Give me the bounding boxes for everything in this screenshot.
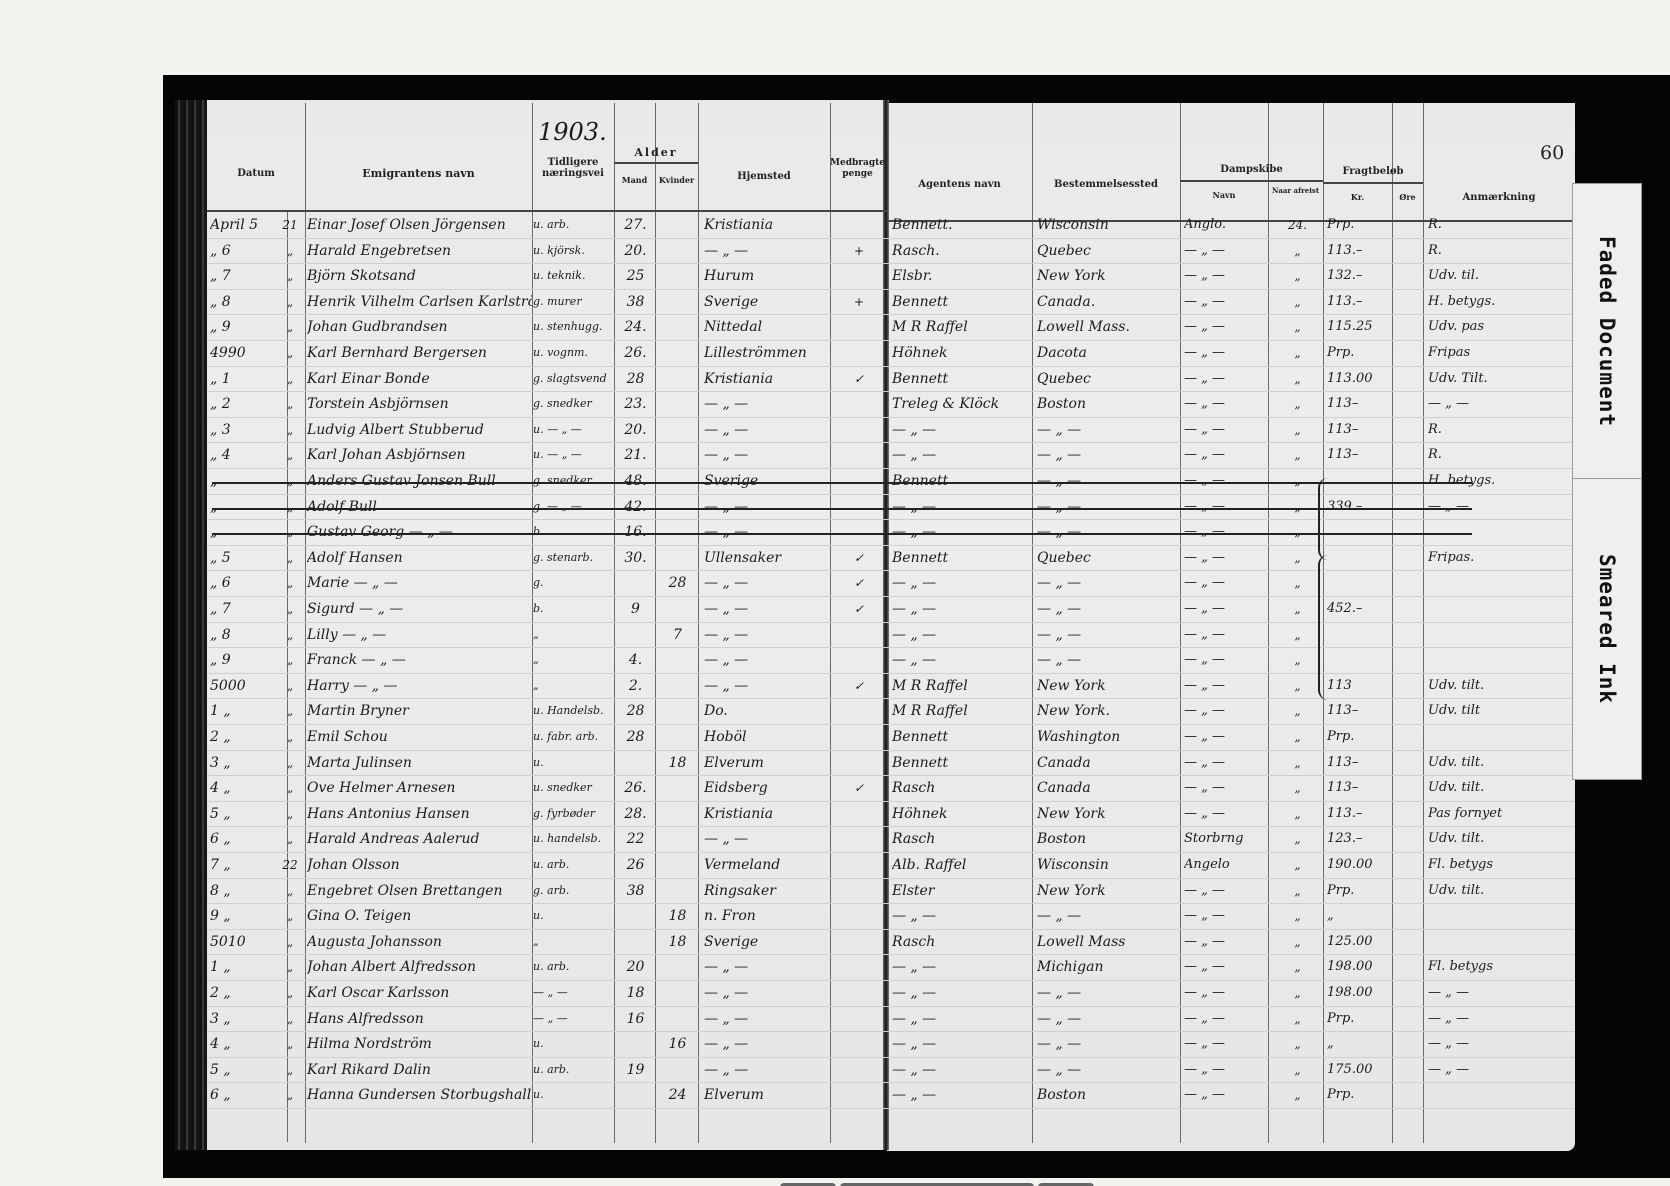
cell-dep: „ [1272, 904, 1323, 929]
cell-home: Hoböl [704, 725, 830, 750]
cell-name: Johan Albert Alfredsson [307, 955, 532, 980]
cell-name: Harry — „ — [307, 674, 532, 699]
book-edge [175, 100, 209, 1150]
cell-kr: 113.00 [1327, 367, 1392, 392]
cell-kr: 113 [1327, 674, 1392, 699]
cell-occ: — „ — [533, 1007, 614, 1032]
column-rule [1180, 103, 1181, 1143]
cell-rem [1428, 571, 1573, 596]
cell-ore [1395, 879, 1423, 904]
cell-m: 28. [616, 802, 655, 827]
cell-occ: u. stenhugg. [533, 315, 614, 340]
cell-f [657, 367, 698, 392]
cell-agent: Alb. Raffel [892, 853, 1032, 878]
cell-num: 6 „ [210, 827, 272, 852]
cell-ore [1395, 955, 1423, 980]
cell-num: „ 9 [210, 315, 272, 340]
cell-m: 24. [616, 315, 655, 340]
cell-m: 18 [616, 981, 655, 1006]
cell-name: Karl Oscar Karlsson [307, 981, 532, 1006]
cell-dep: „ [1272, 981, 1323, 1006]
cell-agent: Bennett [892, 290, 1032, 315]
cell-ore [1395, 1083, 1423, 1108]
cell-rem: Fl. betygs [1428, 853, 1573, 878]
cell-kr: 123.– [1327, 827, 1392, 852]
cell-dep: „ [1272, 571, 1323, 596]
cell-m: 22 [616, 827, 655, 852]
cell-name: Augusta Johansson [307, 930, 532, 955]
cell-home: — „ — [704, 827, 830, 852]
cell-agent: Bennett. [892, 213, 1032, 238]
cell-dep: „ [1272, 725, 1323, 750]
cell-f [657, 264, 698, 289]
cell-kr: 175.00 [1327, 1058, 1392, 1083]
cell-num: 6 „ [210, 1083, 272, 1108]
cell-ship: — „ — [1184, 955, 1268, 980]
cell-occ: b. [533, 597, 614, 622]
cell-ore [1395, 315, 1423, 340]
cell-day: „ [275, 290, 305, 315]
subheader-rule [1323, 182, 1423, 184]
cell-ore [1395, 776, 1423, 801]
cell-dep: „ [1272, 418, 1323, 443]
cell-f [657, 1007, 698, 1032]
cell-rem: R. [1428, 418, 1573, 443]
subheader-rule [614, 162, 698, 164]
cell-occ: u. Handelsb. [533, 699, 614, 724]
cell-num: 1 „ [210, 699, 272, 724]
cell-name: Henrik Vilhelm Carlsen Karlström [307, 290, 532, 315]
cell-f [657, 955, 698, 980]
header-destination: Bestemmelsessted [1032, 179, 1180, 190]
cell-agent: Bennett [892, 751, 1032, 776]
header-kr: Kr. [1323, 192, 1392, 203]
cell-rem: — „ — [1428, 1058, 1573, 1083]
cell-dep: „ [1272, 1083, 1323, 1108]
tag-faded-document[interactable]: Faded Document [1572, 183, 1642, 480]
cell-name: Björn Skotsand [307, 264, 532, 289]
cell-m: 26 [616, 853, 655, 878]
cell-dep: „ [1272, 341, 1323, 366]
cell-f [657, 776, 698, 801]
cell-occ: u. teknik. [533, 264, 614, 289]
cell-occ: u. handelsb. [533, 827, 614, 852]
cell-m: 27. [616, 213, 655, 238]
cell-home: — „ — [704, 1032, 830, 1057]
cell-kr: 113– [1327, 751, 1392, 776]
cell-agent: Elster [892, 879, 1032, 904]
cell-ore [1395, 597, 1423, 622]
cell-m: 4. [616, 648, 655, 673]
cell-ship: — „ — [1184, 367, 1268, 392]
cell-num: „ 3 [210, 418, 272, 443]
cell-day: „ [275, 367, 305, 392]
cell-money: ✓ [834, 674, 884, 699]
cell-agent: — „ — [892, 1032, 1032, 1057]
cell-ore [1395, 751, 1423, 776]
cell-name: Gina O. Teigen [307, 904, 532, 929]
cell-kr: Prp. [1327, 1083, 1392, 1108]
cell-agent: — „ — [892, 955, 1032, 980]
cell-dep: „ [1272, 597, 1323, 622]
cell-agent: M R Raffel [892, 674, 1032, 699]
cell-occ: g. fyrbøder [533, 802, 614, 827]
cell-day: „ [275, 623, 305, 648]
cell-agent: Rasch [892, 776, 1032, 801]
cell-occ: u. arb. [533, 853, 614, 878]
cell-ore [1395, 904, 1423, 929]
column-rule [614, 103, 615, 1143]
cell-name: Hans Alfredsson [307, 1007, 532, 1032]
cell-dep: „ [1272, 290, 1323, 315]
bracket-group-2 [1318, 555, 1328, 700]
cell-money: + [834, 290, 884, 315]
cell-home: — „ — [704, 571, 830, 596]
bracket-group-1 [1318, 478, 1328, 560]
cell-dep: „ [1272, 955, 1323, 980]
cell-home: n. Fron [704, 904, 830, 929]
cell-ship: — „ — [1184, 1083, 1268, 1108]
cell-num: „ 6 [210, 571, 272, 596]
cell-ship: — „ — [1184, 930, 1268, 955]
cell-dest: Dacota [1037, 341, 1180, 366]
cell-name: Franck — „ — [307, 648, 532, 673]
cell-occ: g. arb. [533, 879, 614, 904]
cell-money [834, 1032, 884, 1057]
cell-home: Lilleströmmen [704, 341, 830, 366]
cell-num: 3 „ [210, 751, 272, 776]
cell-day: „ [275, 648, 305, 673]
cell-money [834, 879, 884, 904]
cell-num: 4990 [210, 341, 272, 366]
cell-occ: u. arb. [533, 213, 614, 238]
cell-dep: „ [1272, 776, 1323, 801]
cell-dest: Washington [1037, 725, 1180, 750]
cell-kr: 113.– [1327, 239, 1392, 264]
cell-num: 4 „ [210, 776, 272, 801]
cell-dest: Canada [1037, 776, 1180, 801]
cell-name: Johan Gudbrandsen [307, 315, 532, 340]
cell-m: 20. [616, 418, 655, 443]
cell-dep: „ [1272, 315, 1323, 340]
cell-name: Hilma Nordström [307, 1032, 532, 1057]
cell-money [834, 1007, 884, 1032]
strikethrough-line [212, 508, 1472, 510]
header-ship-name: Navn [1180, 190, 1268, 201]
header-name: Emigrantens navn [305, 168, 532, 179]
cell-ship: — „ — [1184, 699, 1268, 724]
cell-occ: u. snedker [533, 776, 614, 801]
cell-dep: „ [1272, 264, 1323, 289]
cell-money [834, 802, 884, 827]
cell-name: Engebret Olsen Brettangen [307, 879, 532, 904]
cell-kr: 113– [1327, 418, 1392, 443]
cell-money [834, 443, 884, 468]
cell-occ: g. slagtsvend [533, 367, 614, 392]
cell-m: 9 [616, 597, 655, 622]
cell-ore [1395, 648, 1423, 673]
cell-name: Ove Helmer Arnesen [307, 776, 532, 801]
cell-agent: — „ — [892, 1058, 1032, 1083]
cell-occ: u. — „ — [533, 418, 614, 443]
cell-money [834, 853, 884, 878]
cell-m: 20. [616, 239, 655, 264]
cell-ore [1395, 623, 1423, 648]
cell-dest: — „ — [1037, 648, 1180, 673]
cell-rem: — „ — [1428, 981, 1573, 1006]
cell-dep: „ [1272, 546, 1323, 571]
cell-kr: 115.25 [1327, 315, 1392, 340]
cell-kr: Prp. [1327, 1007, 1392, 1032]
cell-ship: — „ — [1184, 392, 1268, 417]
cell-name: Einar Josef Olsen Jörgensen [307, 213, 532, 238]
cell-day: „ [275, 1083, 305, 1108]
cell-kr: Prp. [1327, 341, 1392, 366]
cell-day: „ [275, 802, 305, 827]
cell-agent: Elsbr. [892, 264, 1032, 289]
cell-num: 8 „ [210, 879, 272, 904]
cell-kr [1327, 623, 1392, 648]
cell-home: — „ — [704, 418, 830, 443]
cell-f [657, 418, 698, 443]
cell-rem: Udv. til. [1428, 264, 1573, 289]
cell-num: 3 „ [210, 1007, 272, 1032]
cell-num: „ 4 [210, 443, 272, 468]
strikethrough-line [212, 482, 1472, 484]
cell-dest: — „ — [1037, 597, 1180, 622]
column-rule [655, 103, 656, 1143]
cell-rem: — „ — [1428, 1007, 1573, 1032]
cell-agent: — „ — [892, 597, 1032, 622]
cell-f [657, 443, 698, 468]
cell-home: Sverige [704, 290, 830, 315]
cell-home: Nittedal [704, 315, 830, 340]
cell-ship: — „ — [1184, 648, 1268, 673]
cell-kr: 113.– [1327, 290, 1392, 315]
cell-m: 2. [616, 674, 655, 699]
cell-day: „ [275, 776, 305, 801]
cell-money [834, 904, 884, 929]
cell-m: 38 [616, 879, 655, 904]
cell-f [657, 802, 698, 827]
column-rule [305, 103, 306, 1143]
cell-f: 7 [657, 623, 698, 648]
cell-num: 5000 [210, 674, 272, 699]
cell-kr: 198.00 [1327, 981, 1392, 1006]
cell-ship: — „ — [1184, 1032, 1268, 1057]
cell-occ: u. vognm. [533, 341, 614, 366]
cell-rem: Udv. tilt. [1428, 776, 1573, 801]
cell-home: — „ — [704, 1007, 830, 1032]
cell-occ: g. stenarb. [533, 546, 614, 571]
cell-kr: 132.– [1327, 264, 1392, 289]
column-rule [1268, 103, 1269, 1143]
cell-money [834, 699, 884, 724]
cell-num: „ 1 [210, 367, 272, 392]
cell-m: 28 [616, 725, 655, 750]
strikethrough-line [212, 533, 1472, 535]
cell-kr: 198.00 [1327, 955, 1392, 980]
cell-day: „ [275, 981, 305, 1006]
cell-m: 23. [616, 392, 655, 417]
cell-f: 18 [657, 751, 698, 776]
cell-occ: u. arb. [533, 955, 614, 980]
page-number: 60 [1540, 142, 1564, 164]
cell-kr: Prp. [1327, 213, 1392, 238]
cell-home: — „ — [704, 443, 830, 468]
cell-ship: — „ — [1184, 725, 1268, 750]
year-annotation: 1903. [538, 118, 607, 146]
cell-rem: Udv. tilt. [1428, 879, 1573, 904]
cell-num: 4 „ [210, 1032, 272, 1057]
cell-dep: „ [1272, 930, 1323, 955]
cell-ore [1395, 367, 1423, 392]
cell-dep: „ [1272, 699, 1323, 724]
cell-day: „ [275, 751, 305, 776]
cell-occ: u. kjörsk. [533, 239, 614, 264]
cell-ore [1395, 1032, 1423, 1057]
cell-day: „ [275, 1058, 305, 1083]
cell-dest: — „ — [1037, 1007, 1180, 1032]
cell-ore [1395, 239, 1423, 264]
cell-home: Kristiania [704, 367, 830, 392]
cell-dest: — „ — [1037, 1058, 1180, 1083]
cell-f [657, 239, 698, 264]
cell-dest: Quebec [1037, 367, 1180, 392]
cell-ore [1395, 853, 1423, 878]
cell-f [657, 341, 698, 366]
cell-ship: — „ — [1184, 1007, 1268, 1032]
cell-f [657, 392, 698, 417]
cell-money [834, 1058, 884, 1083]
cell-ship: — „ — [1184, 904, 1268, 929]
cell-m: 21. [616, 443, 655, 468]
cell-kr [1327, 546, 1392, 571]
cell-dep: „ [1272, 827, 1323, 852]
column-rule [1392, 103, 1393, 1143]
cell-agent: Höhnek [892, 341, 1032, 366]
cell-agent: — „ — [892, 981, 1032, 1006]
cell-kr: „ [1327, 1032, 1392, 1057]
cell-ore [1395, 571, 1423, 596]
tag-smeared-ink[interactable]: Smeared Ink [1572, 478, 1642, 780]
cell-rem [1428, 725, 1573, 750]
cell-home: Do. [704, 699, 830, 724]
cell-num: 5010 [210, 930, 272, 955]
cell-f [657, 827, 698, 852]
cell-m: 28 [616, 367, 655, 392]
cell-name: Adolf Hansen [307, 546, 532, 571]
cell-kr: 113– [1327, 776, 1392, 801]
column-rule [1032, 103, 1033, 1143]
cell-m [616, 751, 655, 776]
cell-ship: — „ — [1184, 981, 1268, 1006]
cell-agent: — „ — [892, 571, 1032, 596]
cell-home: — „ — [704, 981, 830, 1006]
cell-rem: R. [1428, 213, 1573, 238]
cell-occ: g. snedker [533, 392, 614, 417]
header-money: Medbragte penge [830, 158, 885, 180]
cell-dest: Wisconsin [1037, 853, 1180, 878]
cell-home: Ullensaker [704, 546, 830, 571]
cell-kr: Prp. [1327, 725, 1392, 750]
cell-occ: „ [533, 623, 614, 648]
cell-f: 18 [657, 904, 698, 929]
cell-kr: 125.00 [1327, 930, 1392, 955]
cell-rem [1428, 1083, 1573, 1108]
cell-rem: Pas fornyet [1428, 802, 1573, 827]
cell-dest: Wisconsin [1037, 213, 1180, 238]
cell-dep: „ [1272, 802, 1323, 827]
cell-name: Harald Andreas Aalerud [307, 827, 532, 852]
cell-agent: M R Raffel [892, 699, 1032, 724]
cell-day: „ [275, 879, 305, 904]
cell-home: Hurum [704, 264, 830, 289]
cell-home: Elverum [704, 751, 830, 776]
cell-num: „ 8 [210, 290, 272, 315]
cell-home: — „ — [704, 674, 830, 699]
cell-rem [1428, 597, 1573, 622]
header-agent: Agentens navn [887, 179, 1032, 190]
cell-kr: 452.– [1327, 597, 1392, 622]
cell-m [616, 623, 655, 648]
cell-dest: — „ — [1037, 623, 1180, 648]
cell-agent: — „ — [892, 904, 1032, 929]
cell-dep: „ [1272, 623, 1323, 648]
cell-ship: — „ — [1184, 239, 1268, 264]
cell-day: „ [275, 315, 305, 340]
cell-dest: Lowell Mass [1037, 930, 1180, 955]
cell-ore [1395, 264, 1423, 289]
header-fare: Fragtbeløb [1323, 166, 1423, 177]
cell-f [657, 725, 698, 750]
cell-money [834, 648, 884, 673]
cell-rem [1428, 930, 1573, 955]
cell-day: „ [275, 1007, 305, 1032]
header-male: Mand [614, 175, 655, 186]
cell-rem: Udv. tilt. [1428, 674, 1573, 699]
cell-ship: — „ — [1184, 443, 1268, 468]
cell-day: „ [275, 725, 305, 750]
cell-kr: 190.00 [1327, 853, 1392, 878]
cell-m [616, 571, 655, 596]
cell-ore [1395, 699, 1423, 724]
cell-num: 9 „ [210, 904, 272, 929]
cell-name: Marie — „ — [307, 571, 532, 596]
cell-dest: — „ — [1037, 571, 1180, 596]
cell-rem: H. betygs. [1428, 290, 1573, 315]
cell-kr [1327, 648, 1392, 673]
cell-name: Ludvig Albert Stubberud [307, 418, 532, 443]
cell-occ: „ [533, 930, 614, 955]
cell-ore [1395, 443, 1423, 468]
cell-money [834, 930, 884, 955]
cell-agent: — „ — [892, 1007, 1032, 1032]
cell-ship: — „ — [1184, 674, 1268, 699]
cell-money: ✓ [834, 367, 884, 392]
cell-num: 1 „ [210, 955, 272, 980]
cell-kr: 113– [1327, 699, 1392, 724]
cell-num: „ 6 [210, 239, 272, 264]
header-rule [207, 210, 887, 212]
cell-money: ✓ [834, 571, 884, 596]
cell-agent: M R Raffel [892, 315, 1032, 340]
cell-rem: Udv. tilt [1428, 699, 1573, 724]
cell-dest: Canada. [1037, 290, 1180, 315]
cell-num: 2 „ [210, 981, 272, 1006]
cell-m: 20 [616, 955, 655, 980]
cell-dest: — „ — [1037, 443, 1180, 468]
